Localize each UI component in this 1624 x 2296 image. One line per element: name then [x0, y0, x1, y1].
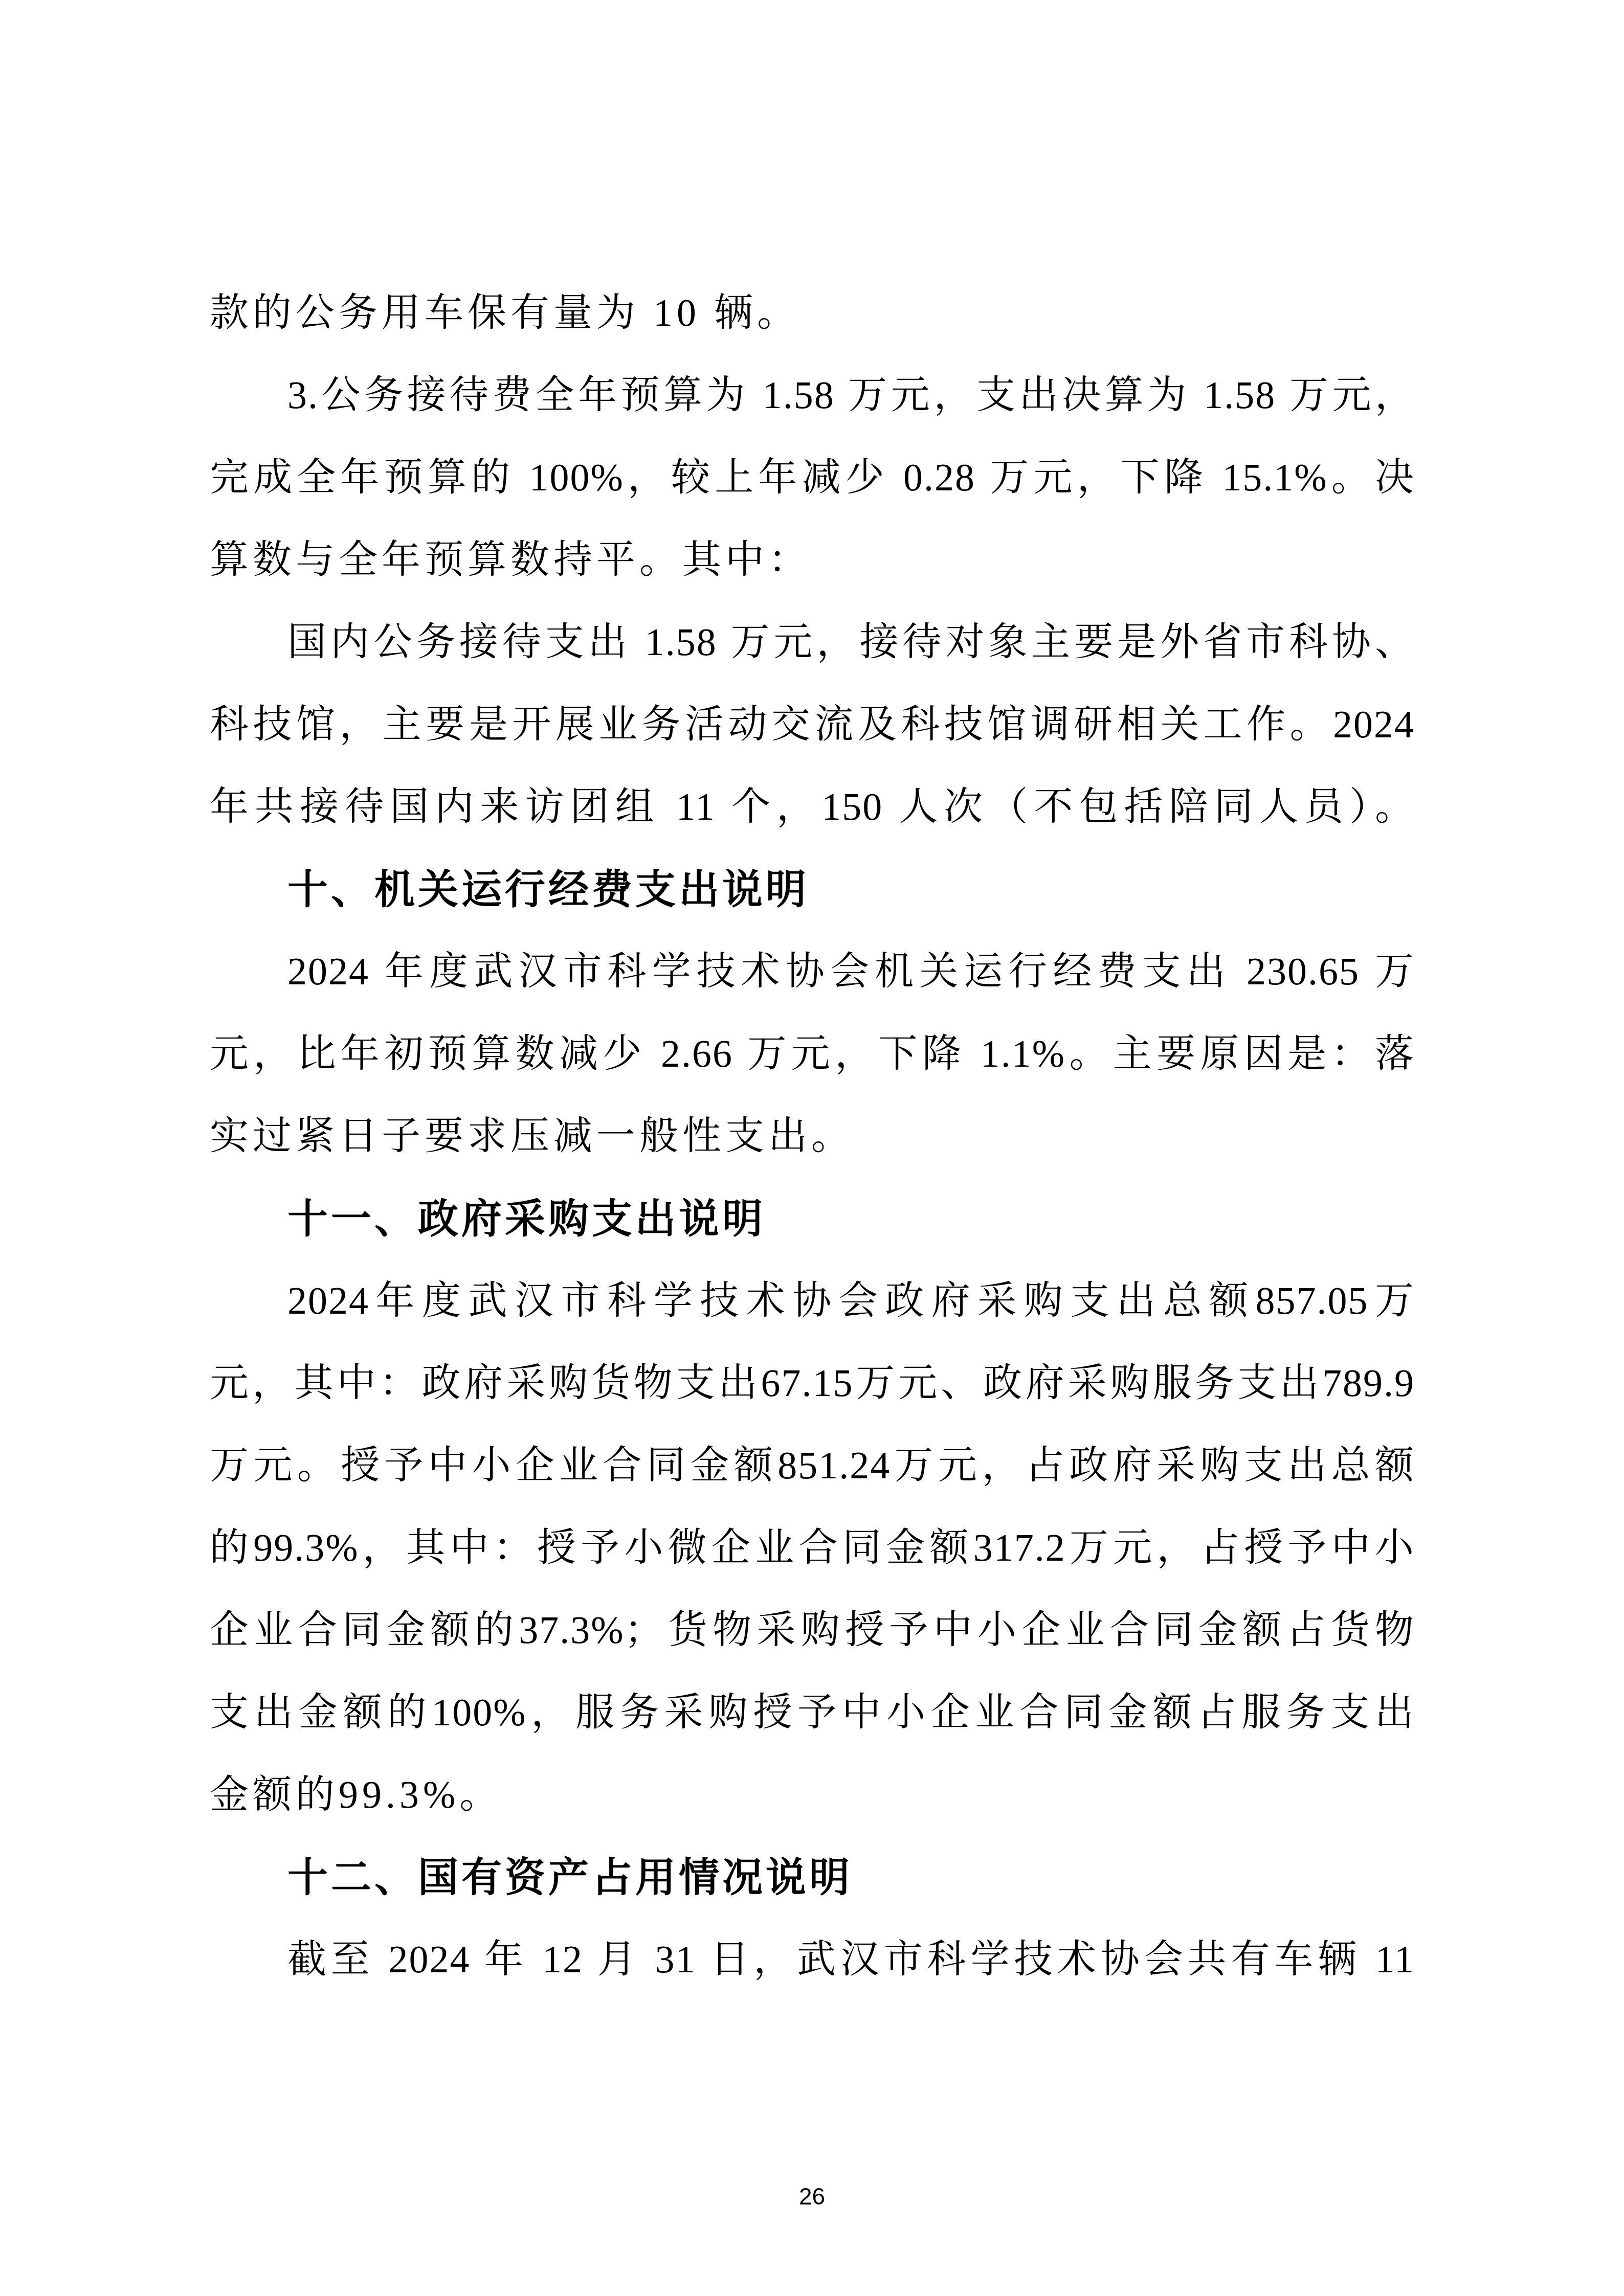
text-line: 支出金额的100%，服务采购授予中小企业合同金额占服务支出 — [210, 1672, 1415, 1754]
text-line: 的99.3%，其中：授予小微企业合同金额317.2万元，占授予中小 — [210, 1507, 1415, 1589]
page-footer: 26 — [0, 2185, 1624, 2208]
text-line: 年共接待国内来访团组 11 个，150 人次（不包括陪同人员）。 — [210, 766, 1415, 848]
text-line: 截至 2024 年 12 月 31 日，武汉市科学技术协会共有车辆 11 — [210, 1919, 1415, 2001]
text-line: 实过紧日子要求压减一般性支出。 — [210, 1095, 1415, 1178]
text-line: 企业合同金额的37.3%；货物采购授予中小企业合同金额占货物 — [210, 1589, 1415, 1672]
document-content: 款的公务用车保有量为 10 辆。3.公务接待费全年预算为 1.58 万元，支出决… — [210, 272, 1415, 2001]
text-line: 2024 年度武汉市科学技术协会机关运行经费支出 230.65 万 — [210, 931, 1415, 1013]
text-line: 元，比年初预算数减少 2.66 万元，下降 1.1%。主要原因是：落 — [210, 1013, 1415, 1095]
text-line: 3.公务接待费全年预算为 1.58 万元，支出决算为 1.58 万元， — [210, 354, 1415, 437]
text-line: 2024年度武汉市科学技术协会政府采购支出总额857.05万 — [210, 1260, 1415, 1342]
text-line: 金额的99.3%。 — [210, 1754, 1415, 1836]
text-line: 万元。授予中小企业合同金额851.24万元，占政府采购支出总额 — [210, 1425, 1415, 1507]
section-heading: 十二、国有资产占用情况说明 — [210, 1836, 1415, 1919]
text-line: 完成全年预算的 100%，较上年减少 0.28 万元，下降 15.1%。决 — [210, 437, 1415, 519]
document-page: 款的公务用车保有量为 10 辆。3.公务接待费全年预算为 1.58 万元，支出决… — [0, 0, 1624, 2296]
page-number: 26 — [799, 2183, 825, 2210]
text-line: 款的公务用车保有量为 10 辆。 — [210, 272, 1415, 354]
text-line: 国内公务接待支出 1.58 万元，接待对象主要是外省市科协、 — [210, 601, 1415, 684]
section-heading: 十、机关运行经费支出说明 — [210, 848, 1415, 931]
text-line: 科技馆，主要是开展业务活动交流及科技馆调研相关工作。2024 — [210, 684, 1415, 766]
text-line: 元，其中：政府采购货物支出67.15万元、政府采购服务支出789.9 — [210, 1342, 1415, 1425]
text-line: 算数与全年预算数持平。其中： — [210, 519, 1415, 601]
section-heading: 十一、政府采购支出说明 — [210, 1178, 1415, 1260]
